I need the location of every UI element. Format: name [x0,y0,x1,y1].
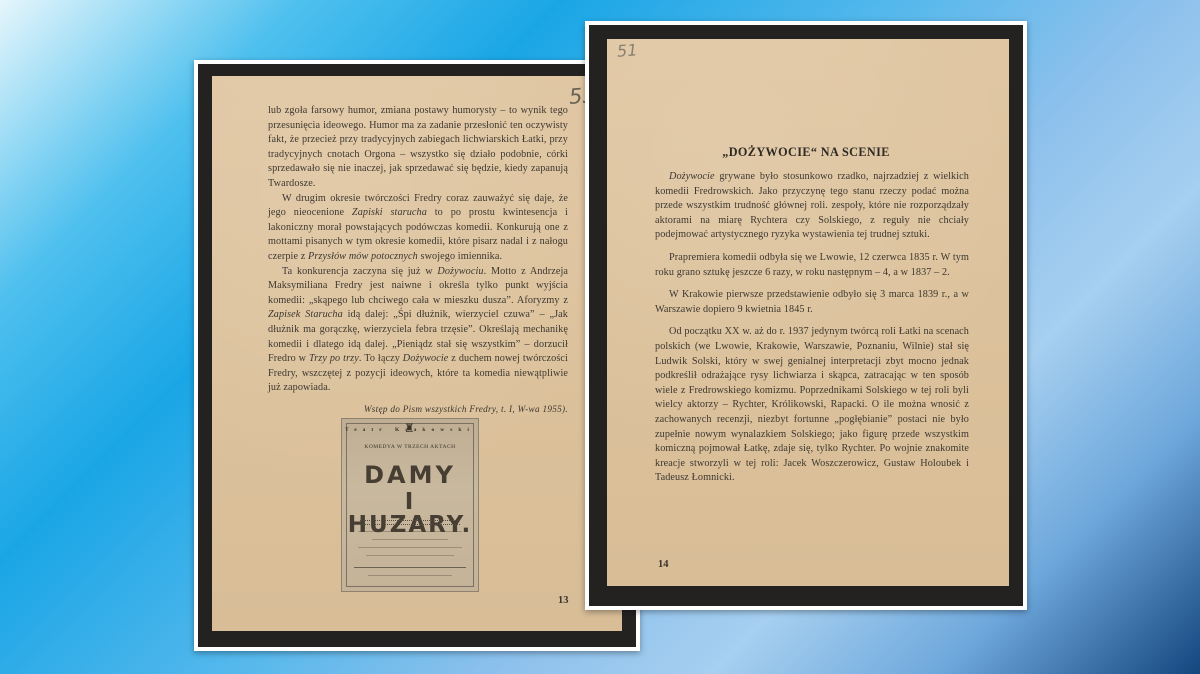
poster-fine-line [366,555,454,556]
poster-fine-line [368,575,452,576]
left-page-frame: 53 lub zgoła farsowy humor, zmiana posta… [194,60,640,651]
poster-rule [354,567,466,568]
poster-theatre: Teatr Krakowski [342,427,478,433]
page-number-13: 13 [558,595,569,606]
poster-fine-line [358,547,462,548]
right-page-text: Dożywocie grywane było stosunkowo rzadko… [655,170,969,486]
handwritten-mark: 51 [616,40,638,60]
paragraph: lub zgoła farsowy humor, zmiana postawy … [268,104,568,192]
theatre-poster-image: ♜ Teatr Krakowski KOMEDYA W TRZECH AKTAC… [341,418,479,592]
paragraph: W Krakowie pierwsze przedstawienie odbył… [655,288,969,317]
right-page: 51 „DOŻYWOCIE“ NA SCENIE Dożywocie grywa… [607,39,1009,586]
poster-ornament [360,520,460,525]
section-heading: „DOŻYWOCIE“ NA SCENIE [651,145,961,160]
left-page: 53 lub zgoła farsowy humor, zmiana posta… [212,76,622,631]
poster-title-line1: DAMY [342,463,478,487]
left-page-text: lub zgoła farsowy humor, zmiana postawy … [268,104,568,416]
paragraph: W drugim okresie twórczości Fredry coraz… [268,192,568,265]
paragraph: Od początku XX w. aż do r. 1937 jedynym … [655,325,969,486]
source-citation: Wstęp do Pism wszystkich Fredry, t. I, W… [268,402,568,417]
page-number-14: 14 [658,559,669,570]
paragraph: Dożywocie grywane było stosunkowo rzadko… [655,170,969,243]
poster-subtitle: KOMEDYA W TRZECH AKTACH [342,444,478,450]
right-page-frame: 51 „DOŻYWOCIE“ NA SCENIE Dożywocie grywa… [585,21,1027,610]
paragraph: Prapremiera komedii odbyła się we Lwowie… [655,251,969,280]
poster-fine-line [372,539,448,540]
poster-fine-line [358,531,462,532]
paragraph: Ta konkurencja zaczyna się już w Dożywoc… [268,265,568,396]
